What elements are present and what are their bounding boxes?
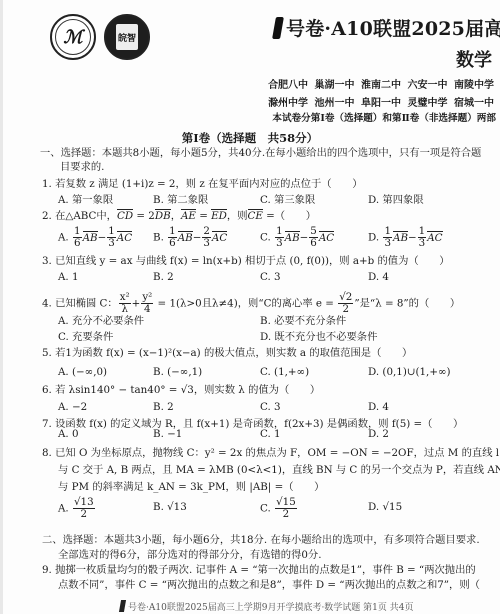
question-8-stem-line1: 8. 已知 O 为坐标原点，抛物线 C：y² = 2x 的焦点为 F，OM = … (42, 446, 499, 460)
q8-option-a: A. √132 (58, 497, 96, 520)
q4-option-b: B. 必要不充分条件 (260, 314, 346, 328)
q4-option-a: A. 充分不必要条件 (58, 314, 144, 328)
q8-option-d: D. √15 (368, 500, 402, 514)
section1-intro: 一、选择题：本题共8小题，每小题5分，共40分.在每小题给出的四个选项中，只有一… (40, 146, 481, 160)
volume-title: 第Ⅰ卷（选择题 共58分） (0, 130, 500, 146)
q3-option-d: D. 4 (368, 270, 389, 284)
section1-intro-cont: 目要求的. (60, 160, 104, 174)
q7-option-b: B. −1 (153, 427, 182, 441)
q1-option-c: C. 第三象限 (260, 193, 315, 207)
schools-row-2: 滁州中学 池州一中 阜阳一中 灵璧中学 宿城一中 (268, 94, 494, 109)
q6-option-d: D. 4 (368, 400, 389, 414)
question-1-stem: 1. 若复数 z 满足 (1+i)z = 2，则 z 在复平面内对应的点位于（ … (42, 177, 363, 191)
q6-option-a: A. −2 (58, 400, 87, 414)
q7-option-c: C. 1 (260, 427, 281, 441)
q7-option-a: A. 0 (58, 427, 79, 441)
q5-option-b: B. (−∞,1) (153, 365, 202, 379)
question-2-stem: 2. 在△ABC中，CD = 2DB，AE = ED，则CE =（ ） (42, 209, 316, 223)
q4-option-d: D. 既不充分也不必要条件 (260, 330, 377, 344)
question-9-stem-line2: 点数不同”，事件 C = “两次抛出的点数之和是8”，事件 D = “两次抛出的… (58, 578, 500, 592)
q5-option-c: C. (1,+∞) (260, 365, 309, 379)
q3-option-b: B. 2 (153, 270, 174, 284)
q1-option-d: D. 第四象限 (368, 193, 424, 207)
subject-title: 数学 (456, 46, 492, 72)
q2-option-b: B. 16AB−23AC (153, 226, 227, 249)
education-logo: 皖智 (104, 14, 150, 60)
question-3-stem: 3. 已知直线 y = ax 与曲线 f(x) = ln(x+b) 相切于点 (… (42, 254, 450, 268)
q8-option-c: C. √152 (260, 497, 298, 520)
q7-option-d: D. 2 (368, 427, 389, 441)
page-footer: 号卷·A10联盟2025届高三上学期9月开学摸底考·数学试题 第1页 共4页 (120, 600, 413, 613)
exam-brand-title: 号卷·A10联盟2025届高三 (274, 14, 500, 41)
q1-option-b: B. 第二象限 (153, 193, 208, 207)
q2-option-c: C. 13AB−56AC (260, 226, 334, 249)
brush-stroke-icon (272, 17, 284, 39)
logo-mark-icon: ℳ (55, 19, 91, 55)
q3-option-c: C. 3 (260, 270, 281, 284)
question-7-stem: 7. 设函数 f(x) 的定义域为 R，且 f(x+1) 是奇函数，f(2x+3… (42, 417, 463, 431)
q6-option-b: B. 2 (153, 400, 174, 414)
q1-option-a: A. 第一象限 (58, 193, 113, 207)
section2-intro-cont: 全部选对的得6分，部分选对的得部分分，有选错的得0分. (58, 548, 322, 562)
question-5-stem: 5. 若1为函数 f(x) = (x−1)²(x−a) 的极大值点，则实数 a … (42, 346, 412, 360)
alliance-logo: ℳ (50, 14, 96, 60)
q5-option-a: A. (−∞,0) (58, 365, 107, 379)
q8-option-b: B. √13 (153, 500, 187, 514)
q4-option-c: C. 充要条件 (58, 330, 113, 344)
question-8-stem-line3: 与 PM 的斜率满足 k_AN = 3k_PM，则 |AB| =（ ） (58, 480, 324, 494)
exam-page: ℳ 皖智 号卷·A10联盟2025届高三 数学 合肥八中 巢湖一中 淮南二中 六… (0, 0, 500, 614)
q6-option-c: C. 3 (260, 400, 281, 414)
section2-intro: 二、选择题：本题共3小题，每小题6分，共18分. 在每小题给出的选项中，有多项符… (42, 533, 480, 547)
brush-stroke-icon (119, 600, 126, 612)
q2-option-d: D. 13AB−13AC (368, 226, 443, 249)
schools-row-1: 合肥八中 巢湖一中 淮南二中 六安一中 南陵中学 (268, 76, 494, 91)
question-6-stem: 6. 若 λsin140° − tan40° = √3，则实数 λ 的值为（ ） (42, 383, 320, 397)
question-4-stem: 4. 已知椭圆 C：x²λ+y²4 = 1(λ>0且λ≠4)，则“C的离心率 e… (42, 292, 460, 315)
question-8-stem-line2: 与 C 交于 A, B 两点，且 MA = λMB (0<λ<1)，直线 BN … (58, 463, 500, 477)
q5-option-d: D. (0,1)∪(1,+∞) (368, 365, 451, 379)
question-9-stem-line1: 9. 抛掷一枚质量均匀的骰子两次. 记事件 A = “第一次抛出的点数是1”，事… (42, 563, 476, 577)
logo-building-icon: 皖智 (116, 24, 138, 50)
q2-option-a: A. 16AB−13AC (58, 226, 132, 249)
exam-note: 本试卷分第Ⅰ卷（选择题）和第Ⅱ卷（非选择题）两部 (272, 110, 496, 124)
page-edge (0, 0, 3, 614)
q3-option-a: A. 1 (58, 270, 79, 284)
